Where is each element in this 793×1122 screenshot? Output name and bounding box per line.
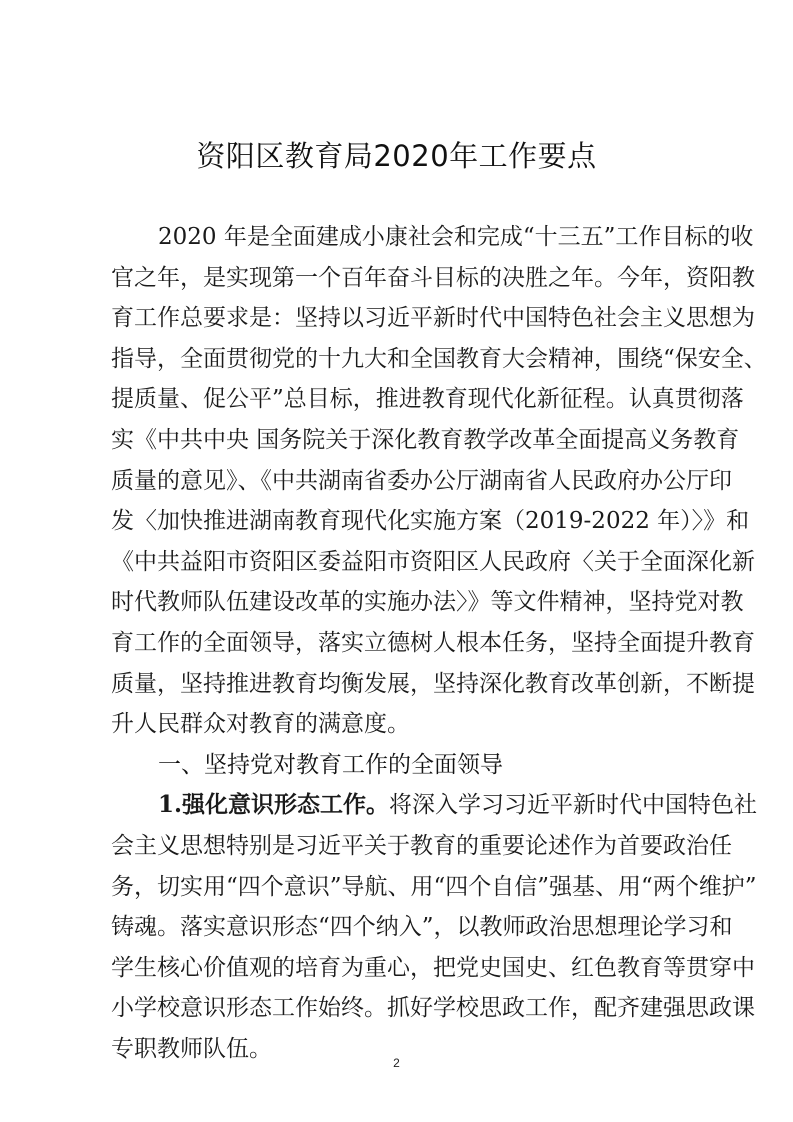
page-number: 2 (0, 1056, 793, 1070)
text-line: 升人民群众对教育的满意度。 (111, 704, 701, 745)
document-title: 资阳区教育局2020年工作要点 (0, 136, 793, 176)
text-line: 2020 年是全面建成小康社会和完成“十三五”工作目标的收 (111, 217, 701, 258)
text-line: 育工作总要求是：坚持以习近平新时代中国特色社会主义思想为 (111, 298, 701, 339)
text-line: 务，切实用“四个意识”导航、用“四个自信”强基、用“两个维护” (111, 867, 701, 908)
text-line: 提质量、促公平”总目标，推进教育现代化新征程。认真贯彻落 (111, 379, 701, 420)
text-line: 育工作的全面领导，落实立德树人根本任务，坚持全面提升教育 (111, 623, 701, 664)
text-line: 会主义思想特别是习近平关于教育的重要论述作为首要政治任 (111, 826, 701, 867)
text-line: 实《中共中央 国务院关于深化教育教学改革全面提高义务教育 (111, 420, 701, 461)
text-line: 学生核心价值观的培育为重心，把党史国史、红色教育等贯穿中 (111, 948, 701, 989)
text-line: 发〈加快推进湖南教育现代化实施方案（2019-2022 年）〉》和 (111, 501, 701, 542)
item-label: 1.强化意识形态工作。 (158, 791, 389, 818)
text-line: 指导，全面贯彻党的十九大和全国教育大会精神，围绕“保安全、 (111, 339, 701, 380)
text-line: 时代教师队伍建设改革的实施办法〉》等文件精神，坚持党对教 (111, 582, 701, 623)
intro-paragraph: 2020 年是全面建成小康社会和完成“十三五”工作目标的收 官之年，是实现第一个… (111, 217, 701, 745)
section-item-1: 1.强化意识形态工作。将深入学习习近平新时代中国特色社 会主义思想特别是习近平关… (111, 785, 701, 1069)
text-line: 小学校意识形态工作始终。抓好学校思政工作，配齐建强思政课 (111, 988, 701, 1029)
text-line: 质量的意见》、《中共湖南省委办公厅湖南省人民政府办公厅印 (111, 461, 701, 502)
text-line: 铸魂。落实意识形态“四个纳入”，以教师政治思想理论学习和 (111, 907, 701, 948)
text-line: 质量，坚持推进教育均衡发展，坚持深化教育改革创新，不断提 (111, 664, 701, 705)
text-line: 官之年，是实现第一个百年奋斗目标的决胜之年。今年，资阳教 (111, 258, 701, 299)
text-line: 1.强化意识形态工作。将深入学习习近平新时代中国特色社 (111, 785, 701, 826)
text-line: 《中共益阳市资阳区委益阳市资阳区人民政府〈关于全面深化新 (111, 542, 701, 583)
item-text: 将深入学习习近平新时代中国特色社 (389, 792, 757, 818)
section-heading: 一、坚持党对教育工作的全面领导 (111, 745, 701, 786)
document-page: 资阳区教育局2020年工作要点 2020 年是全面建成小康社会和完成“十三五”工… (0, 0, 793, 1122)
document-body: 2020 年是全面建成小康社会和完成“十三五”工作目标的收 官之年，是实现第一个… (111, 217, 701, 1069)
